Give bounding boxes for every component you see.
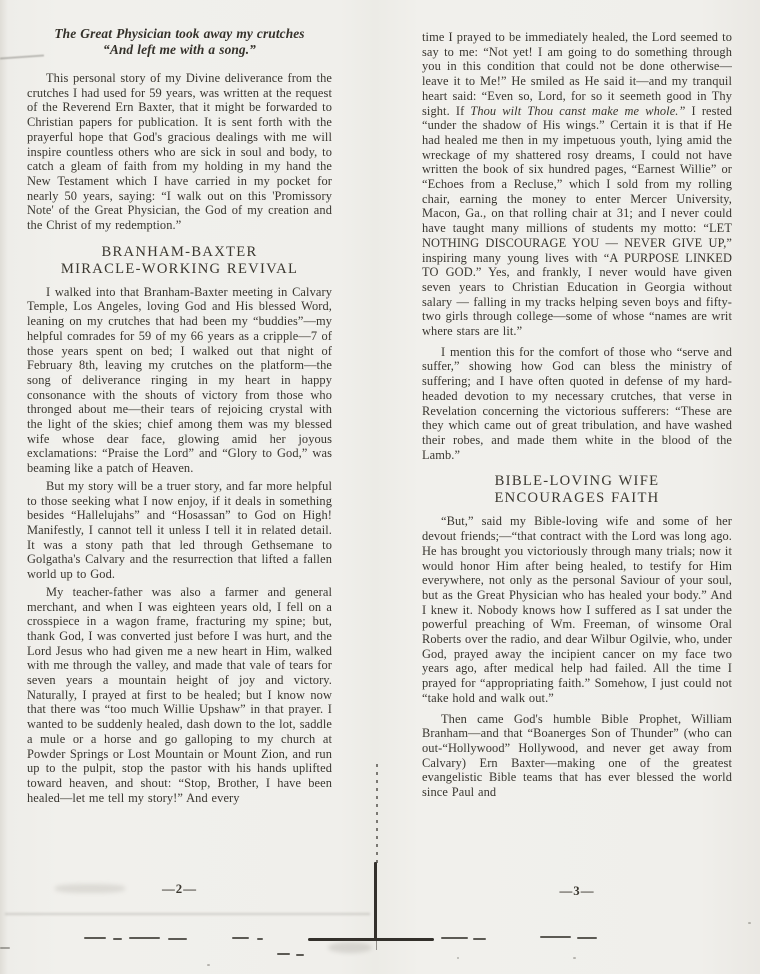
continuation-paragraph: time I prayed to be immediately healed, … xyxy=(422,30,732,339)
scan-speck xyxy=(573,957,576,959)
section-heading-line-2: ENCOURAGES FAITH xyxy=(422,490,732,507)
intro-paragraph: This personal story of my Divine deliver… xyxy=(27,71,332,233)
scan-fold-dotted-line xyxy=(376,764,378,868)
epigraph-heading: The Great Physician took away my crutche… xyxy=(27,26,332,58)
scan-dash-mark xyxy=(441,937,468,939)
scan-dash-mark xyxy=(296,954,304,956)
body-paragraph: But my story will be a truer story, and … xyxy=(27,479,332,582)
scan-fold-solid-line xyxy=(374,862,377,941)
body-paragraph: Then came God's humble Bible Prophet, Wi… xyxy=(422,712,732,800)
scan-dash-mark xyxy=(473,938,486,940)
left-page-column: The Great Physician took away my crutche… xyxy=(27,26,332,805)
scan-speck xyxy=(457,957,459,959)
scan-dash-mark xyxy=(277,953,290,955)
scan-baseline-mark xyxy=(308,938,434,941)
epigraph-line-2: “And left me with a song.” xyxy=(27,42,332,58)
scan-dash-mark xyxy=(0,947,10,949)
scan-dash-mark xyxy=(84,937,106,939)
scan-dash-mark xyxy=(540,936,571,938)
scan-dash-mark xyxy=(257,938,263,940)
scanned-pamphlet-spread: { "left_page": { "page_number": "—2—", "… xyxy=(0,0,760,974)
continuation-text-after: I rested “under the shadow of His wings.… xyxy=(422,104,732,339)
scan-dash-mark xyxy=(232,937,249,939)
body-paragraph: I walked into that Branham-Baxter meetin… xyxy=(27,285,332,476)
section-heading-line-1: BIBLE-LOVING WIFE xyxy=(422,473,732,490)
right-page-column: time I prayed to be immediately healed, … xyxy=(422,30,732,800)
epigraph-line-1: The Great Physician took away my crutche… xyxy=(27,26,332,42)
page-number-2: —2— xyxy=(27,882,332,897)
scan-dash-mark xyxy=(129,937,160,939)
body-paragraph: I mention this for the comfort of those … xyxy=(422,345,732,463)
scan-speck xyxy=(207,964,210,966)
body-paragraph: “But,” said my Bible-loving wife and som… xyxy=(422,514,732,705)
body-paragraph: My teacher-father was also a farmer and … xyxy=(27,585,332,806)
scan-dash-mark xyxy=(577,937,597,939)
scan-speck xyxy=(748,922,751,924)
scan-dash-mark xyxy=(168,938,187,940)
section-heading-line-1: BRANHAM-BAXTER xyxy=(27,244,332,261)
section-heading-branham-baxter: BRANHAM-BAXTER MIRACLE-WORKING REVIVAL xyxy=(27,244,332,278)
scripture-quote-italic: Thou wilt Thou canst make me whole.” xyxy=(470,104,685,118)
scan-crease-line xyxy=(5,913,370,915)
section-heading-line-2: MIRACLE-WORKING REVIVAL xyxy=(27,261,332,278)
scan-smudge xyxy=(328,942,372,953)
section-heading-bible-loving-wife: BIBLE-LOVING WIFE ENCOURAGES FAITH xyxy=(422,473,732,507)
scan-dash-mark xyxy=(113,938,122,940)
page-number-3: —3— xyxy=(422,884,732,899)
